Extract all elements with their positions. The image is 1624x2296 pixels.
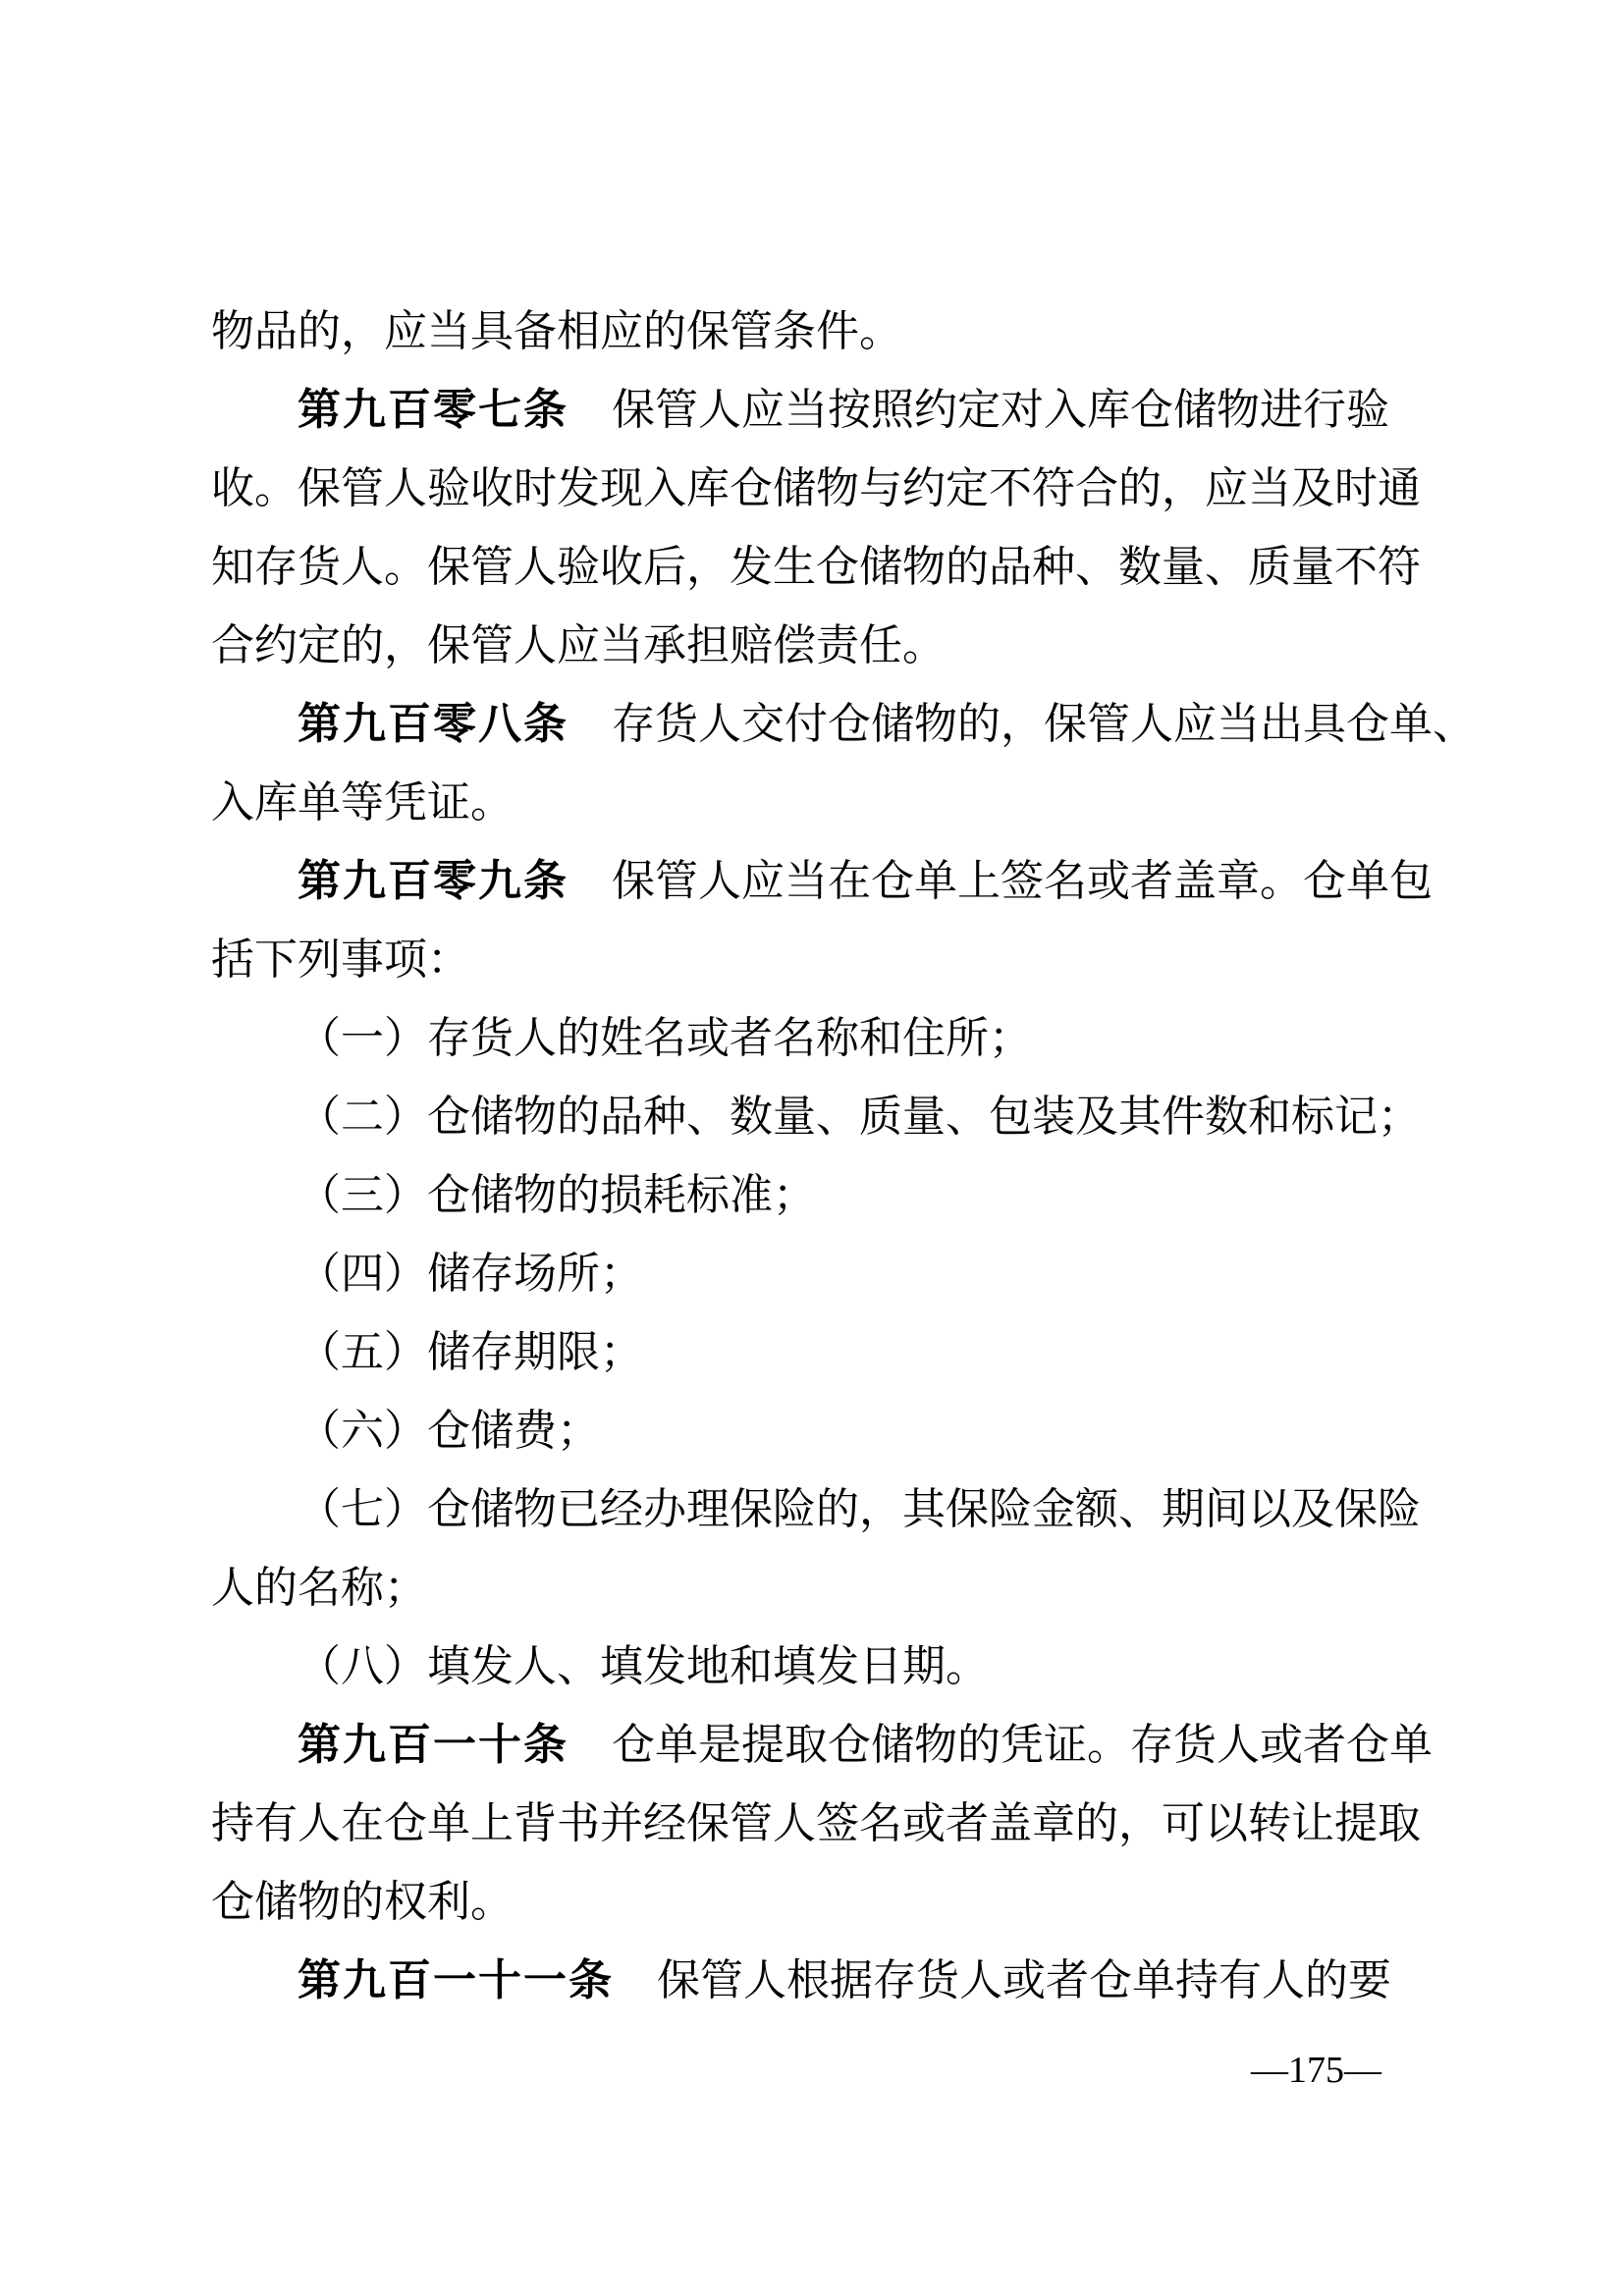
line-text: 存货人交付仓储物的，保管人应当出具仓单、 xyxy=(612,700,1476,748)
line-text: 保管人应当在仓单上签名或者盖章。仓单包 xyxy=(612,857,1433,905)
text-line-7: 入库单等凭证。 xyxy=(211,764,1421,842)
line-text: 合约定的，保管人应当承担赔偿责任。 xyxy=(211,621,946,669)
document-page: 物品的，应当具备相应的保管条件。第九百零七条保管人应当按照约定对入库仓储物进行验… xyxy=(0,0,1624,2296)
text-line-5: 合约定的，保管人应当承担赔偿责任。 xyxy=(211,607,1421,685)
line-text: 知存货人。保管人验收后，发生仓储物的品种、数量、质量不符 xyxy=(211,543,1421,591)
line-text: （五）储存期限； xyxy=(298,1328,643,1376)
text-line-14: （五）储存期限； xyxy=(211,1313,1421,1392)
line-text: 保管人应当按照约定对入库仓储物进行验 xyxy=(612,386,1389,434)
text-line-2: 第九百零七条保管人应当按照约定对入库仓储物进行验 xyxy=(211,371,1421,450)
line-text: （三）仓储物的损耗标准； xyxy=(298,1171,816,1219)
text-line-21: 仓储物的权利。 xyxy=(211,1863,1421,1942)
line-text: 入库单等凭证。 xyxy=(211,778,514,827)
text-line-13: （四）储存场所； xyxy=(211,1235,1421,1313)
line-text: （六）仓储费； xyxy=(298,1407,600,1455)
article-number: 第九百零七条 xyxy=(298,386,568,434)
text-line-9: 括下列事项： xyxy=(211,921,1421,999)
text-line-15: （六）仓储费； xyxy=(211,1392,1421,1470)
text-line-22: 第九百一十一条保管人根据存货人或者仓单持有人的要 xyxy=(211,1942,1421,2020)
text-line-16: （七）仓储物已经办理保险的，其保险金额、期间以及保险 xyxy=(211,1470,1421,1549)
page-number: —175— xyxy=(1251,2051,1381,2090)
text-line-17: 人的名称； xyxy=(211,1549,1421,1628)
line-text: 收。保管人验收时发现入库仓储物与约定不符合的，应当及时通 xyxy=(211,464,1421,512)
line-text: （四）储存场所； xyxy=(298,1250,643,1298)
text-line-12: （三）仓储物的损耗标准； xyxy=(211,1156,1421,1235)
article-number: 第九百一十条 xyxy=(298,1721,568,1769)
line-text: 保管人根据存货人或者仓单持有人的要 xyxy=(657,1956,1391,2004)
line-text: 物品的，应当具备相应的保管条件。 xyxy=(211,307,902,355)
line-text: （八）填发人、填发地和填发日期。 xyxy=(298,1642,989,1690)
text-line-1: 物品的，应当具备相应的保管条件。 xyxy=(211,293,1421,371)
text-line-6: 第九百零八条存货人交付仓储物的，保管人应当出具仓单、 xyxy=(211,685,1421,764)
text-line-19: 第九百一十条仓单是提取仓储物的凭证。存货人或者仓单 xyxy=(211,1706,1421,1785)
line-text: 括下列事项： xyxy=(211,935,470,984)
text-line-8: 第九百零九条保管人应当在仓单上签名或者盖章。仓单包 xyxy=(211,842,1421,921)
article-number: 第九百零八条 xyxy=(298,700,568,748)
line-text: 人的名称； xyxy=(211,1564,427,1612)
line-text: 仓储物的权利。 xyxy=(211,1878,514,1926)
text-line-4: 知存货人。保管人验收后，发生仓储物的品种、数量、质量不符 xyxy=(211,528,1421,607)
text-line-11: （二）仓储物的品种、数量、质量、包装及其件数和标记； xyxy=(211,1078,1421,1156)
article-number: 第九百零九条 xyxy=(298,857,568,905)
line-text: 仓单是提取仓储物的凭证。存货人或者仓单 xyxy=(612,1721,1433,1769)
document-body: 物品的，应当具备相应的保管条件。第九百零七条保管人应当按照约定对入库仓储物进行验… xyxy=(211,293,1421,2020)
text-line-20: 持有人在仓单上背书并经保管人签名或者盖章的，可以转让提取 xyxy=(211,1785,1421,1863)
line-text: （七）仓储物已经办理保险的，其保险金额、期间以及保险 xyxy=(298,1485,1421,1533)
text-line-10: （一）存货人的姓名或者名称和住所； xyxy=(211,999,1421,1078)
article-number: 第九百一十一条 xyxy=(298,1956,614,2004)
text-line-18: （八）填发人、填发地和填发日期。 xyxy=(211,1628,1421,1706)
line-text: 持有人在仓单上背书并经保管人签名或者盖章的，可以转让提取 xyxy=(211,1799,1421,1847)
line-text: （二）仓储物的品种、数量、质量、包装及其件数和标记； xyxy=(298,1093,1421,1141)
text-line-3: 收。保管人验收时发现入库仓储物与约定不符合的，应当及时通 xyxy=(211,450,1421,528)
line-text: （一）存货人的姓名或者名称和住所； xyxy=(298,1014,1032,1062)
